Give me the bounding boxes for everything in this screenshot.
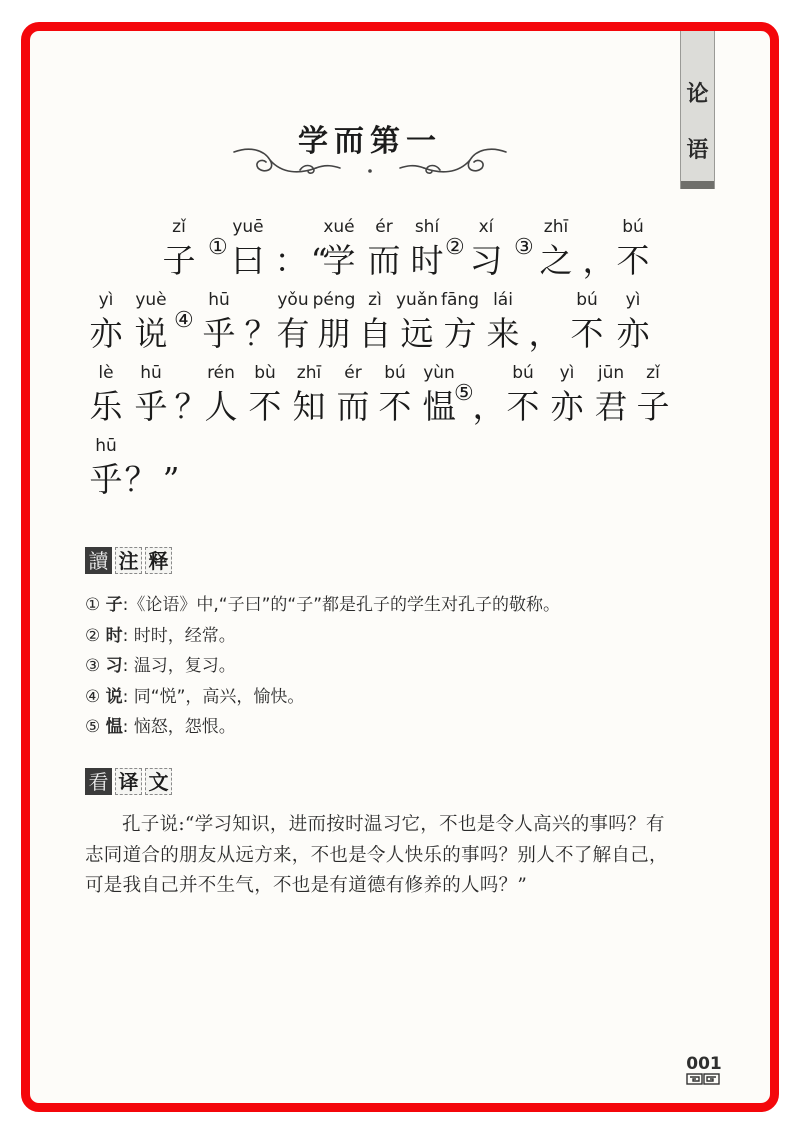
pinyin: rén xyxy=(196,361,246,385)
note-mark: ③ xyxy=(85,656,100,676)
note-item: ⑤ 愠: 恼怒，怨恨。 xyxy=(85,712,685,743)
hanzi: 不 xyxy=(562,312,612,356)
note-item: ② 时: 时时，经常。 xyxy=(85,621,685,652)
note-mark: ④ xyxy=(85,687,100,707)
pinyin: bú xyxy=(608,215,658,239)
note-sep: : xyxy=(123,656,134,676)
pinyin xyxy=(146,434,196,458)
verse-char: yuè说 xyxy=(126,288,176,356)
notes-header-char: 释 xyxy=(145,547,172,574)
verse-char: bú不 xyxy=(370,361,420,429)
pinyin: lè xyxy=(81,361,131,385)
notes-header-char: 注 xyxy=(115,547,142,574)
hanzi: 知 xyxy=(284,385,334,429)
verse-char: xí习 xyxy=(461,215,511,283)
verse-char: bú不 xyxy=(498,361,548,429)
verse-char: lè乐 xyxy=(81,361,131,429)
hanzi: 习 xyxy=(461,239,511,283)
pinyin: zǐ xyxy=(628,361,678,385)
chapter-header: 学而第一 xyxy=(230,110,510,180)
scroll-ornament-icon xyxy=(230,140,510,180)
verse-char: bù不 xyxy=(240,361,290,429)
note-item: ① 子:《论语》中,“子曰”的“子”都是孔子的学生对孔子的敬称。 xyxy=(85,590,685,621)
verse-char: bú不 xyxy=(608,215,658,283)
footnote-marker: ① xyxy=(208,237,228,259)
note-mark: ① xyxy=(85,595,100,615)
translation-header: 看 译 文 xyxy=(85,768,172,795)
note-mark: ⑤ xyxy=(85,717,100,737)
verse-char: rén人 xyxy=(196,361,246,429)
note-term: 愠 xyxy=(106,717,123,737)
read-badge-icon: 讀 xyxy=(85,547,112,574)
footnote-marker: ④ xyxy=(174,310,194,332)
translation-text: 孔子说:“学习知识，进而按时温习它，不也是令人高兴的事吗？有志同道合的朋友从远方… xyxy=(85,810,675,902)
hanzi: 亦 xyxy=(608,312,658,356)
notes-list: ① 子:《论语》中,“子曰”的“子”都是孔子的学生对孔子的敬称。 ② 时: 时时… xyxy=(85,590,685,743)
verse-char: yì亦 xyxy=(542,361,592,429)
pinyin: zhī xyxy=(284,361,334,385)
verse-char: xué学 xyxy=(314,215,364,283)
verse-char: zhī知 xyxy=(284,361,334,429)
hanzi: 亦 xyxy=(81,312,131,356)
hanzi: 子 xyxy=(154,239,204,283)
pinyin: xí xyxy=(461,215,511,239)
pinyin: yì xyxy=(542,361,592,385)
verse-char: bú不 xyxy=(562,288,612,356)
pinyin: bú xyxy=(370,361,420,385)
translation-header-char: 文 xyxy=(145,768,172,795)
hanzi: 子 xyxy=(628,385,678,429)
hanzi: 不 xyxy=(498,385,548,429)
note-sep: : xyxy=(123,717,134,737)
pinyin: bú xyxy=(498,361,548,385)
pinyin: bú xyxy=(562,288,612,312)
verse-char: yì亦 xyxy=(608,288,658,356)
verse-char: ” xyxy=(146,434,196,502)
hanzi: 不 xyxy=(370,385,420,429)
note-sep: : xyxy=(123,626,134,646)
book-side-tab: 论 语 xyxy=(680,31,715,189)
side-tab-footer xyxy=(681,181,714,189)
footnote-marker: ⑤ xyxy=(454,383,474,405)
note-item: ④ 说: 同“悦”，高兴，愉快。 xyxy=(85,682,685,713)
note-text: 温习，复习。 xyxy=(134,656,236,676)
note-term: 时 xyxy=(106,626,123,646)
note-text: 《论语》中,“子曰”的“子”都是孔子的学生对孔子的敬称。 xyxy=(128,595,560,615)
hanzi: 不 xyxy=(608,239,658,283)
note-term: 说 xyxy=(106,687,123,707)
note-mark: ② xyxy=(85,626,100,646)
verse-char: yì亦 xyxy=(81,288,131,356)
note-term: 子 xyxy=(106,595,123,615)
footnote-marker: ② xyxy=(445,237,465,259)
note-item: ③ 习: 温习，复习。 xyxy=(85,651,685,682)
pinyin: bù xyxy=(240,361,290,385)
hanzi: 人 xyxy=(196,385,246,429)
note-text: 同“悦”，高兴，愉快。 xyxy=(134,687,305,707)
footnote-marker: ③ xyxy=(514,237,534,259)
page-number: 001 xyxy=(684,1056,724,1073)
note-term: 习 xyxy=(106,656,123,676)
note-sep: : xyxy=(123,687,134,707)
hanzi: 不 xyxy=(240,385,290,429)
notes-header: 讀 注 释 xyxy=(85,547,172,574)
hanzi: 学 xyxy=(314,239,364,283)
hanzi: 亦 xyxy=(542,385,592,429)
translation-header-char: 译 xyxy=(115,768,142,795)
pinyin: yì xyxy=(608,288,658,312)
verse-char: zǐ子 xyxy=(154,215,204,283)
note-text: 恼怒，怨恨。 xyxy=(134,717,236,737)
pinyin: yì xyxy=(81,288,131,312)
hanzi: ” xyxy=(146,458,196,502)
pinyin: xué xyxy=(314,215,364,239)
side-tab-char: 语 xyxy=(686,139,708,161)
look-badge-icon: 看 xyxy=(85,768,112,795)
pinyin: yuè xyxy=(126,288,176,312)
pinyin: zǐ xyxy=(154,215,204,239)
fret-ornament-icon xyxy=(686,1073,720,1085)
verse-char: zǐ子 xyxy=(628,361,678,429)
hanzi: 说 xyxy=(126,312,176,356)
side-tab-char: 论 xyxy=(686,83,708,105)
hanzi: 乐 xyxy=(81,385,131,429)
note-text: 时时，经常。 xyxy=(134,626,236,646)
